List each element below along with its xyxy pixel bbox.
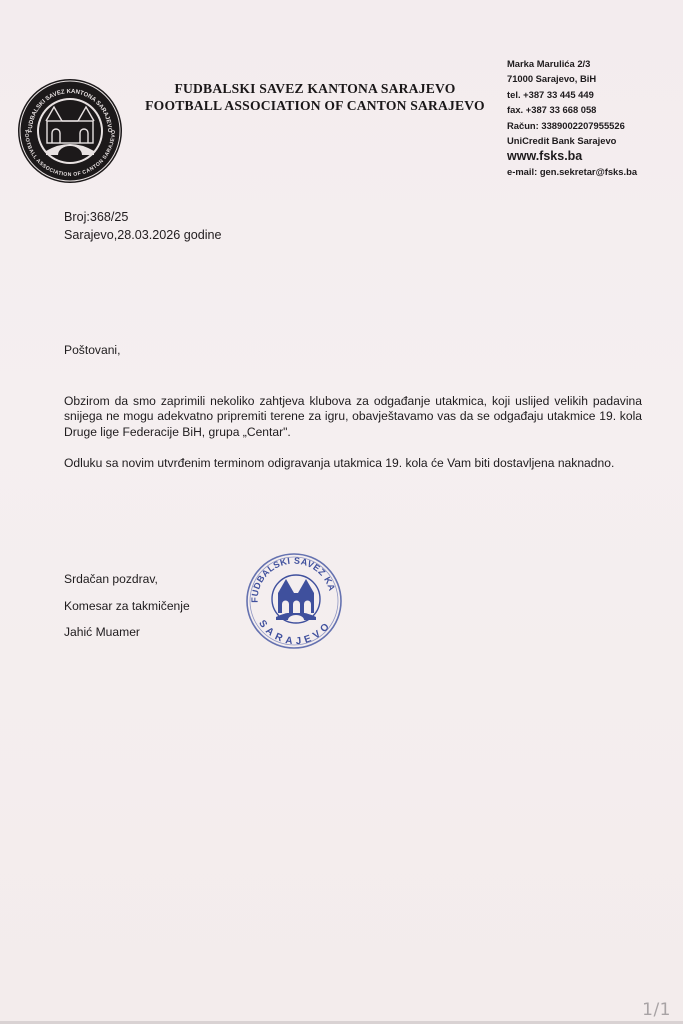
email-link[interactable]: e-mail: gen.sekretar@fsks.ba: [507, 164, 677, 179]
org-name-english: FOOTBALL ASSOCIATION OF CANTON SARAJEVO: [138, 97, 492, 114]
contact-block: Marka Marulića 2/3 71000 Sarajevo, BiH t…: [507, 56, 677, 180]
place-date: Sarajevo,28.03.2026 godine: [64, 226, 222, 244]
reference-number: Broj:368/25: [64, 208, 222, 226]
fax-number: fax. +387 33 668 058: [507, 102, 677, 117]
paragraph-postponement: Obzirom da smo zaprimili nekoliko zahtje…: [64, 394, 642, 440]
bank-account: Račun: 3389002207955526: [507, 118, 677, 133]
org-name-bosnian: FUDBALSKI SAVEZ KANTONA SARAJEVO: [138, 80, 492, 97]
reference-block: Broj:368/25 Sarajevo,28.03.2026 godine: [64, 208, 222, 244]
document-page: FUDBALSKI SAVEZ KANTONA SARAJEVO FOOTBAL…: [0, 0, 683, 1024]
website-link[interactable]: www.fsks.ba: [507, 148, 677, 164]
address-line-2: 71000 Sarajevo, BiH: [507, 71, 677, 86]
phone-number: tel. +387 33 445 449: [507, 87, 677, 102]
signatory-name: Jahić Muamer: [64, 619, 190, 646]
closing-salutation: Srdačan pozdrav,: [64, 566, 190, 593]
fsks-logo-icon: FUDBALSKI SAVEZ KANTONA SARAJEVO FOOTBAL…: [16, 77, 124, 185]
paragraph-new-schedule: Odluku sa novim utvrđenim terminom odigr…: [64, 456, 642, 471]
page-indicator: 1/1: [642, 1000, 671, 1020]
address-line-1: Marka Marulića 2/3: [507, 56, 677, 71]
official-stamp-icon: FUDBALSKI SAVEZ KANTONA SARAJEVO: [244, 549, 344, 653]
greeting: Poštovani,: [64, 343, 642, 358]
closing-block: Srdačan pozdrav, Komesar za takmičenje J…: [64, 566, 190, 646]
signatory-title: Komesar za takmičenje: [64, 593, 190, 620]
bank-name: UniCredit Bank Sarajevo: [507, 133, 677, 148]
letterhead-titles: FUDBALSKI SAVEZ KANTONA SARAJEVO FOOTBAL…: [138, 80, 492, 114]
